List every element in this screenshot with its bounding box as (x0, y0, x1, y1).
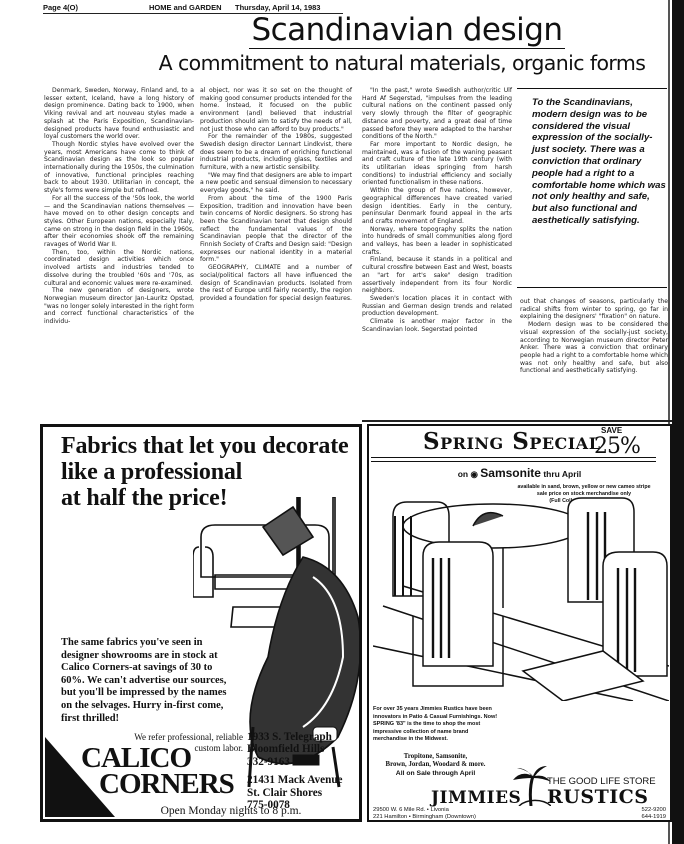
paragraph: Denmark, Sweden, Norway, Finland and, to… (44, 87, 194, 141)
section-divider (362, 420, 672, 422)
paragraph: Finland, because it stands in a politica… (362, 256, 512, 295)
headline-text: Scandinavian design (249, 12, 564, 49)
paragraph: Sweden's location places it in contact w… (362, 295, 512, 318)
calico-corners-logo: CALICO CORNERS (81, 745, 234, 797)
address-street: 21431 Mack Avenue (247, 774, 343, 786)
paragraph: For all the success of the '50s look, th… (44, 195, 194, 249)
paragraph: Then, too, within the Nordic nations, co… (44, 249, 194, 288)
brand-prefix: on (458, 469, 468, 479)
brand-suffix: thru April (543, 469, 581, 479)
samsonite-logo-icon: ◉ (470, 469, 477, 479)
address-street: 1933 S. Telegraph (247, 731, 343, 743)
article-column-2: al object, nor was it so set on the thou… (200, 87, 352, 303)
brand-line: on ◉ Samsonite thru April (369, 466, 670, 480)
jimmies-logo-text: JIMMIES (431, 788, 521, 808)
paragraph: GEOGRAPHY, CLIMATE and a number of socia… (200, 264, 352, 303)
brand-list: Tropitone, Samsonite, Brown, Jordan, Woo… (373, 753, 498, 770)
logo-line: CORNERS (81, 771, 234, 797)
brand-line: Brown, Jordan, Woodard & more. (373, 761, 498, 769)
address-city: St. Clair Shores (247, 787, 343, 799)
calico-corners-ad: Fabrics that let you decorate like a pro… (40, 424, 362, 822)
page-edge-bar (672, 0, 684, 844)
store-story: For over 35 years Jimmies Rustics have b… (373, 706, 498, 744)
pull-quote: To the Scandinavians, modern design was … (517, 88, 667, 288)
address-city: Bloomfield Hills (247, 743, 343, 755)
headline-line: like a professional (61, 459, 348, 485)
phone-number: 522-9200 (642, 807, 667, 814)
paragraph: "In the past," wrote Swedish author/crit… (362, 87, 512, 141)
note-line: available in sand, brown, yellow or new … (499, 484, 669, 491)
paragraph: Modern design was to be considered the v… (520, 321, 668, 375)
location-address: 221 Hamilton • Birmingham (Downtown) (373, 814, 476, 821)
paragraph: "We may find that designers are able to … (200, 172, 352, 195)
article-headline: Scandinavian design (0, 12, 684, 48)
brand-line: Tropitone, Samsonite, (373, 753, 498, 761)
headline-rule (371, 457, 656, 462)
patio-furniture-illustration-icon (373, 496, 669, 701)
article-subheadline: A commitment to natural materials, organ… (0, 50, 684, 76)
ad-headline: Spring Special (423, 428, 600, 455)
sale-note: All on Sale through April (373, 770, 498, 777)
paragraph: Far more important to Nordic design, he … (362, 141, 512, 187)
article-column-3: "In the past," wrote Swedish author/crit… (362, 87, 512, 334)
paragraph: out that changes of seasons, particularl… (520, 298, 668, 321)
paragraph: From about the time of the 1900 Paris Ex… (200, 195, 352, 264)
article-column-1: Denmark, Sweden, Norway, Finland and, to… (44, 87, 194, 326)
paragraph: al object, nor was it so set on the thou… (200, 87, 352, 133)
store-phones: 522-9200 644-1919 (642, 807, 667, 821)
brand-name: Samsonite (480, 466, 541, 480)
paragraph: Within the group of five nations, howeve… (362, 187, 512, 226)
phone-number: 644-1919 (642, 814, 667, 821)
paragraph: Norway, where topography splits the nati… (362, 226, 512, 257)
article-column-4: out that changes of seasons, particularl… (520, 298, 668, 375)
store-addresses: 1933 S. Telegraph Bloomfield Hills 332-9… (247, 731, 343, 811)
paragraph: The new generation of designers, wrote N… (44, 287, 194, 326)
headline-line: Fabrics that let you decorate (61, 433, 348, 459)
phone-number: 332-9163 (247, 756, 343, 768)
ad-body: The same fabrics you've seen in designer… (61, 637, 231, 725)
pull-quote-text: To the Scandinavians, modern design was … (532, 97, 667, 227)
rustics-logo-text: RUSTICS (547, 786, 648, 808)
paragraph: Though Nordic styles have evolved over t… (44, 141, 194, 195)
store-locations: 29500 W. 6 Mile Rd. • Livonia 221 Hamilt… (373, 807, 476, 821)
discount-percent: 25% (594, 434, 640, 459)
store-hours: Open Monday nights to 8 p.m. (43, 805, 359, 817)
paragraph: Climate is another major factor in the S… (362, 318, 512, 333)
jimmies-rustics-ad: Spring Special SAVE 25% on ◉ Samsonite t… (367, 424, 672, 822)
paragraph: For the remainder of the 1980s, suggeste… (200, 133, 352, 172)
location-address: 29500 W. 6 Mile Rd. • Livonia (373, 807, 476, 814)
